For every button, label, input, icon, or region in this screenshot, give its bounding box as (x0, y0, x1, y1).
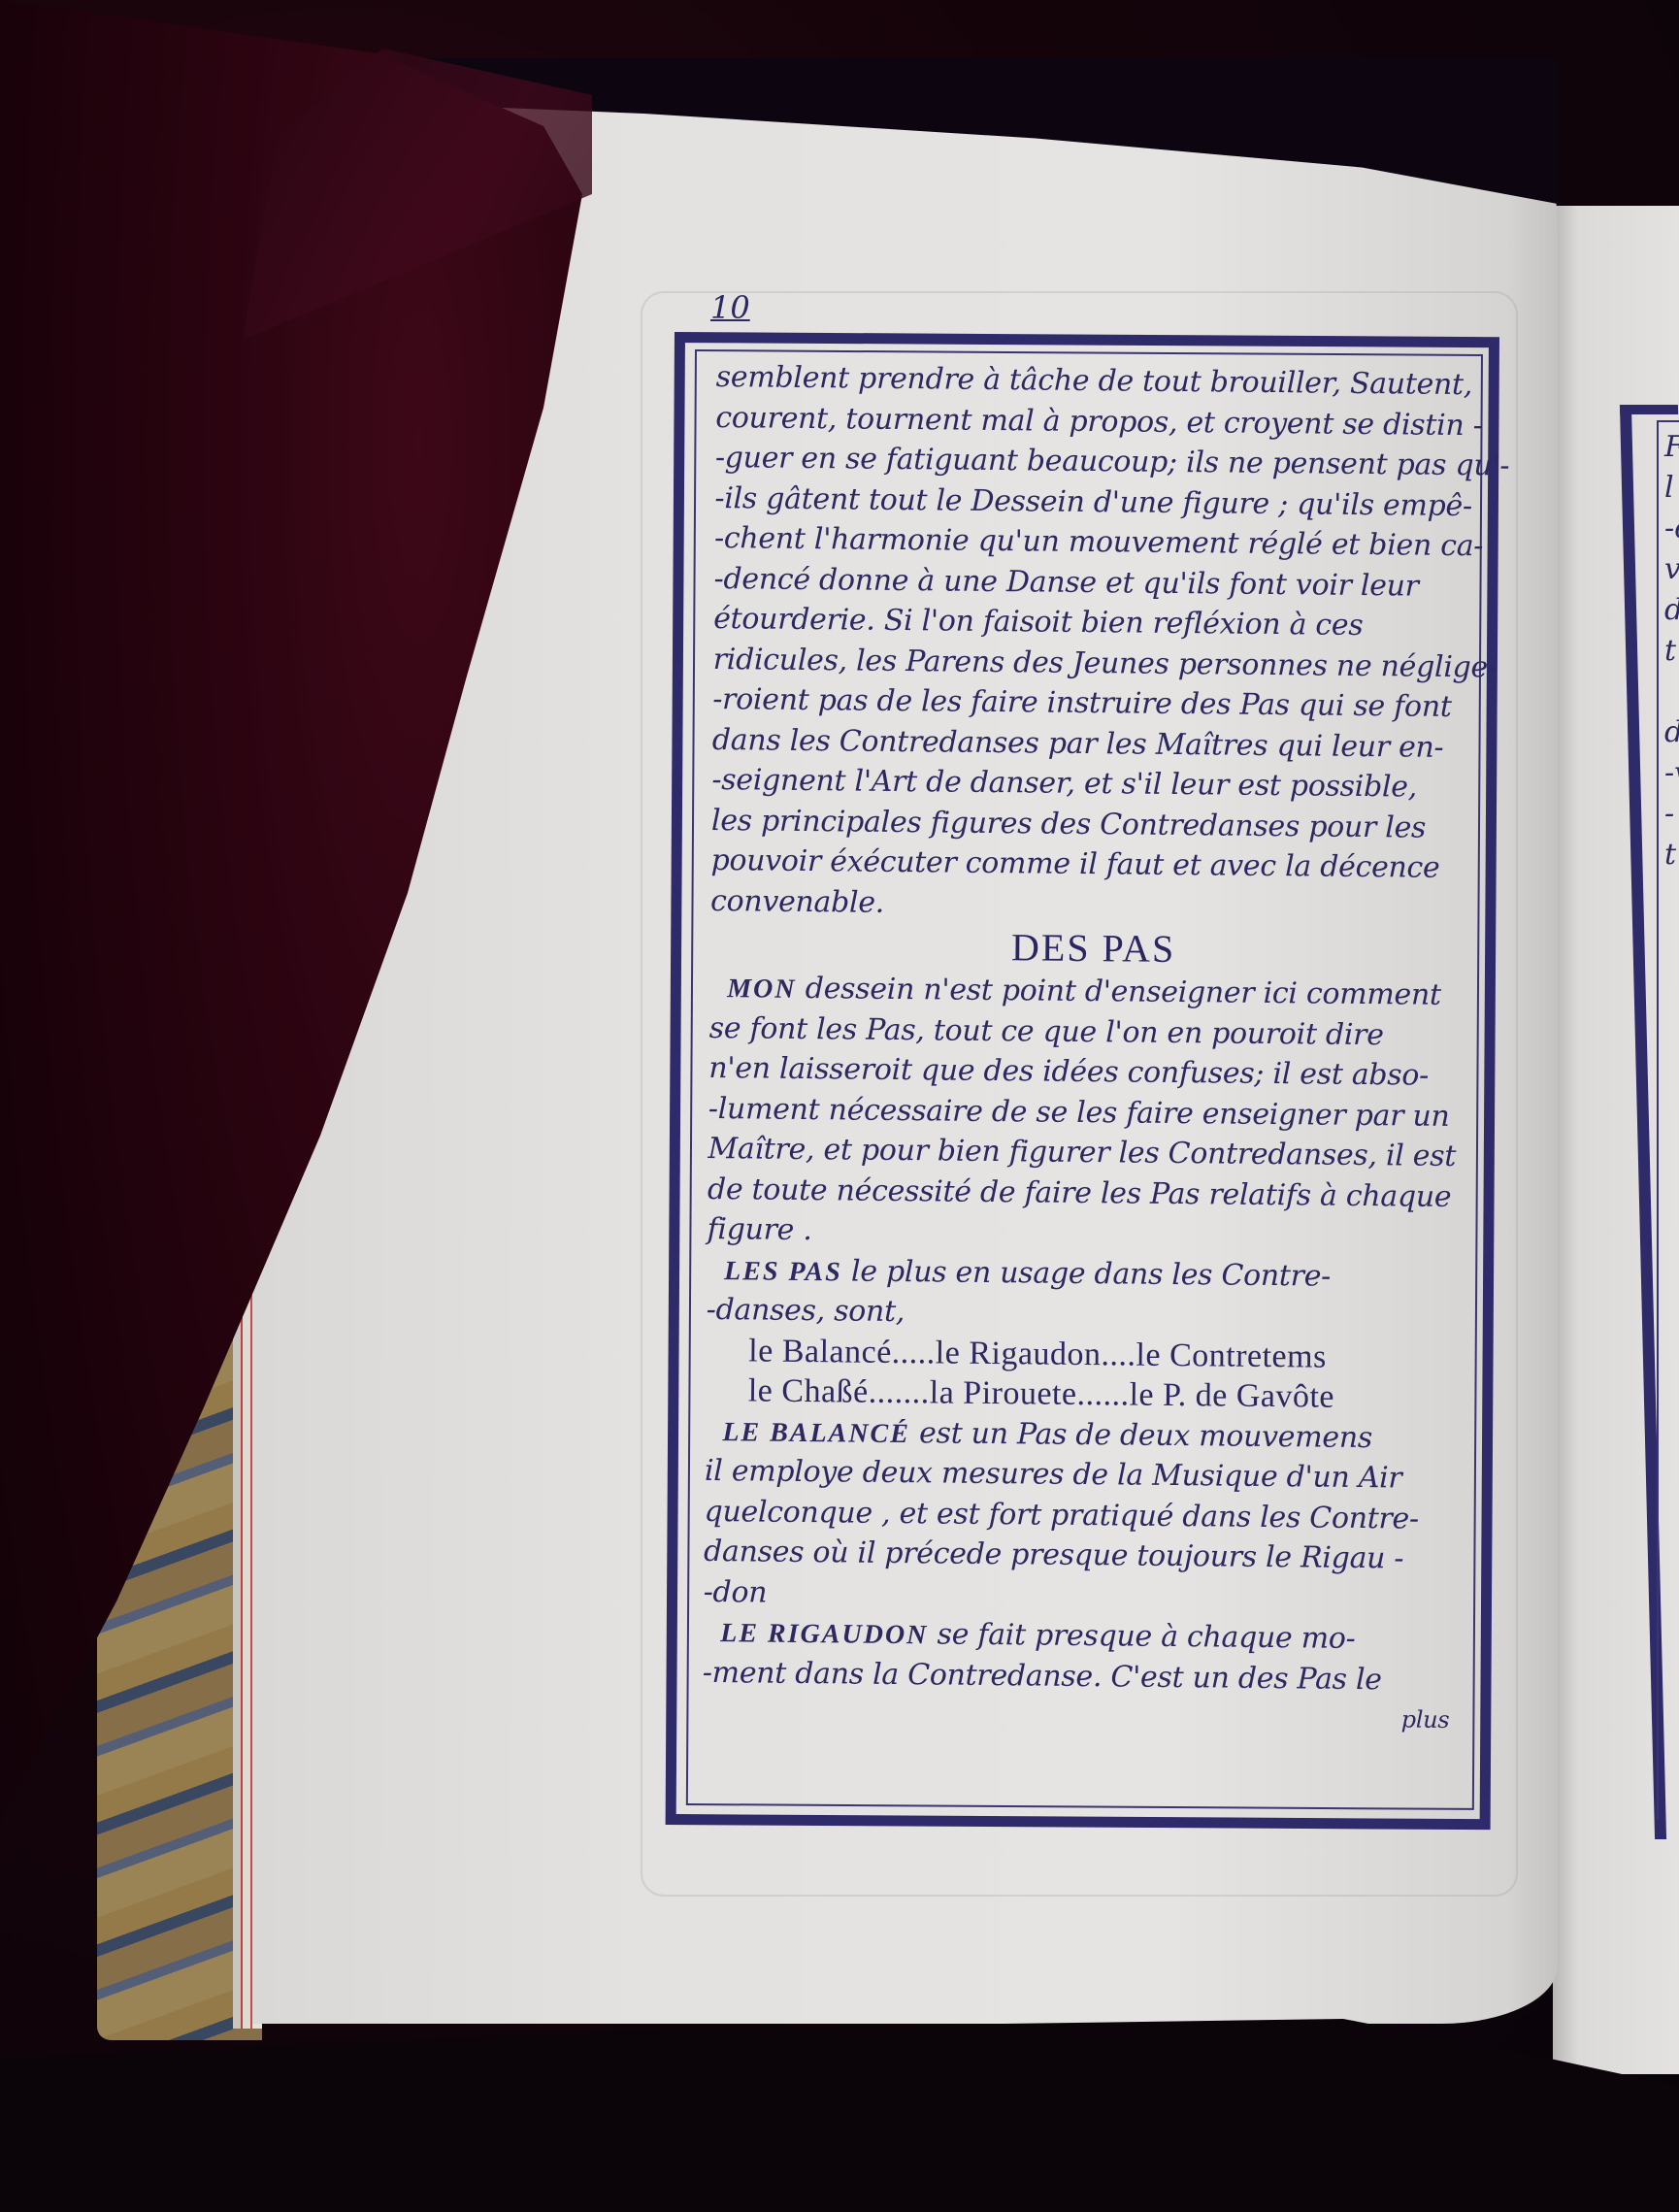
lead-word: MON (727, 974, 797, 1005)
text-line: convenable. (710, 880, 1477, 929)
text-run: est un Pas de deux mouvemens (910, 1416, 1372, 1455)
catchword: plus (702, 1693, 1468, 1741)
text-line: -ment dans la Contredanse. C'est un des … (703, 1652, 1469, 1700)
lead-word: LES PAS (724, 1256, 842, 1287)
text-run: le plus en usage dans les Contre- (842, 1254, 1332, 1293)
right-page-text-fragments: F l -c v d t d -v - t (1664, 427, 1679, 875)
text-line: danses où il précede presque toujours le… (704, 1532, 1470, 1580)
text-line: de toute nécessité de faire les Pas rela… (708, 1169, 1474, 1217)
section-heading: DES PAS (709, 921, 1476, 975)
engraved-text-block: semblent prendre à tâche de tout brouill… (702, 357, 1483, 1741)
page-number: 10 (710, 289, 750, 326)
lead-word: LE BALANCÉ (722, 1417, 910, 1449)
text-run: dessein n'est point d'enseigner ici comm… (796, 972, 1441, 1012)
bottom-shadow (0, 2019, 1679, 2212)
text-run: se fait presque à chaque mo- (928, 1617, 1355, 1656)
lead-word: LE RIGAUDON (720, 1618, 928, 1650)
